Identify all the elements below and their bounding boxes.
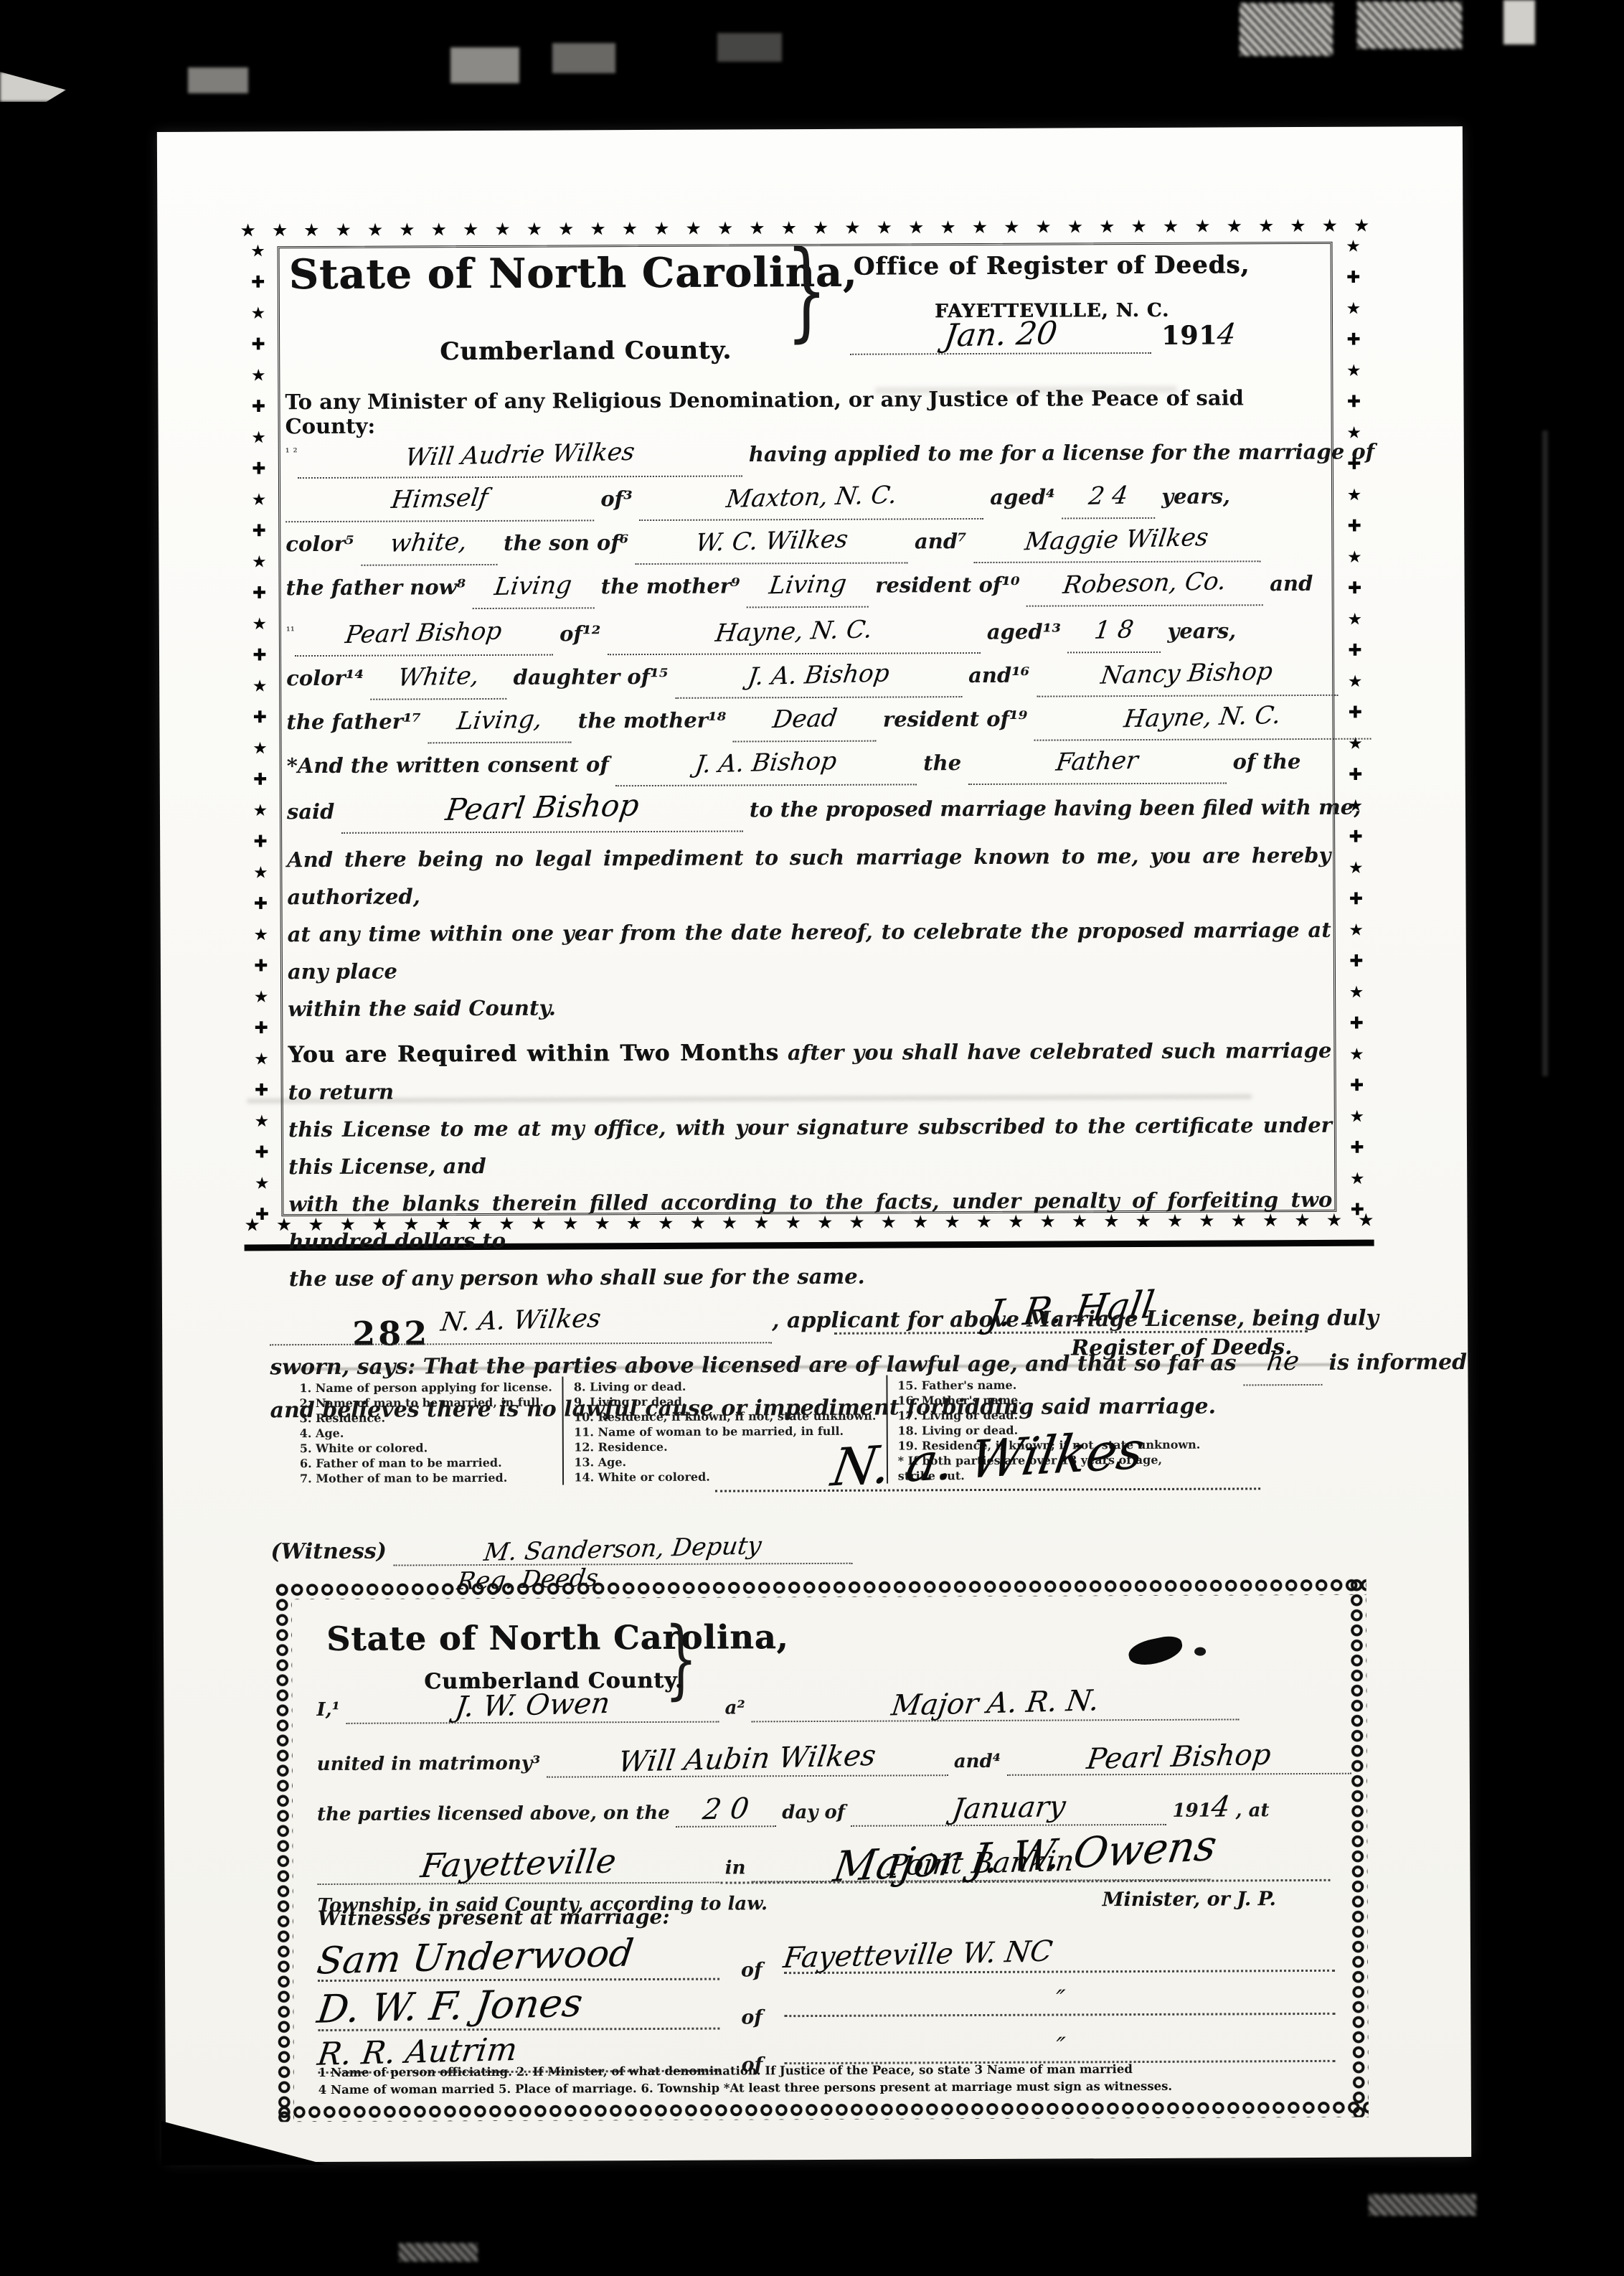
printed-text: years, xyxy=(1167,619,1236,643)
hw-bride-color: White, xyxy=(395,655,481,699)
hw-bride-name: Pearl Bishop xyxy=(343,611,504,657)
printed-text: is informed xyxy=(1329,1350,1468,1376)
handwritten-date: Jan. 20 xyxy=(942,315,1059,354)
fill-line-bride-parent-status: the father¹⁷ Living, the mother¹⁸ Dead r… xyxy=(286,696,1330,744)
hw-said-bride-name: Pearl Bishop xyxy=(443,785,641,832)
hw-marriage-year-digit: 4 xyxy=(1209,1790,1232,1824)
officiant-signature: Major J. W. Owens xyxy=(831,1820,1220,1891)
hw-consent-relation: Father xyxy=(1054,740,1141,784)
marriage-license-certificate: ★ ★ ★ ★ ★ ★ ★ ★ ★ ★ ★ ★ ★ ★ ★ ★ ★ ★ ★ ★ … xyxy=(240,213,1374,1251)
printed-text: of³ xyxy=(600,486,633,511)
certificate2-footnote-2: 4 Name of woman married 5. Place of marr… xyxy=(318,2077,1336,2098)
scan-artifact xyxy=(399,2243,478,2262)
document-page: ★ ★ ★ ★ ★ ★ ★ ★ ★ ★ ★ ★ ★ ★ ★ ★ ★ ★ ★ ★ … xyxy=(157,126,1471,2163)
fill-line-said: said Pearl Bishop to the proposed marria… xyxy=(287,784,1331,834)
printed-text: sworn, says: That the parties above lice… xyxy=(270,1350,1236,1380)
printed-text: the parties licensed above, on the xyxy=(317,1802,670,1825)
hw-bride-married-name: Pearl Bishop xyxy=(1085,1739,1273,1776)
printed-text: aged⁴ xyxy=(990,484,1055,509)
printed-text: years, xyxy=(1161,484,1230,508)
affidavit-line-1: N. A. Wilkes, applicant for above Marria… xyxy=(270,1297,1374,1346)
county-name: Cumberland County. xyxy=(440,336,732,366)
printed-text: aged¹³ xyxy=(987,619,1061,644)
printed-text: I,¹ xyxy=(316,1699,340,1721)
ornamental-border-left: ★ ✚ ★ ✚ ★ ✚ ★ ✚ ★ ✚ ★ ✚ ★ ✚ ★ ✚ ★ ✚ ★ ✚ … xyxy=(240,242,279,1222)
fill-line-bride: ¹¹Pearl Bishop of¹² Hayne, N. C. aged¹³ … xyxy=(286,606,1330,657)
hw-consent-name: J. A. Bishop xyxy=(693,740,840,786)
hw-bride-age: 1 8 xyxy=(1092,609,1136,652)
printed-text: And there being no legal impediment to s… xyxy=(287,843,1331,909)
hw-parents-residence: Robeson, Co. xyxy=(1061,560,1229,606)
printed-text: day of xyxy=(782,1802,845,1823)
printed-text: the xyxy=(923,751,961,775)
certificate2-title: State of North Carolina, xyxy=(326,1617,789,1658)
printed-text: color⁵ xyxy=(285,531,354,555)
hw-bride-mother: Nancy Bishop xyxy=(1098,651,1275,697)
hw-witness-place: Fayetteville W. NC xyxy=(781,1935,1054,1975)
fill-line-consent: *And the written consent of J. A. Bishop… xyxy=(287,740,1331,788)
printed-text: the father¹⁷ xyxy=(286,710,421,735)
applicant-affidavit: N. A. Wilkes, applicant for above Marria… xyxy=(270,1297,1376,1596)
handwritten-year-digit: 4 xyxy=(1215,318,1238,352)
officiant-caption: Minister, or J. P. xyxy=(1103,1888,1276,1911)
fill-line-bride-parents: color¹⁴ White, daughter of¹⁵ J. A. Bisho… xyxy=(286,652,1330,700)
printed-text: the mother⁹ xyxy=(601,573,740,598)
hw-bride-parents-residence: Hayne, N. C. xyxy=(1122,695,1284,740)
affidavit-line-2: sworn, says: That the parties above lice… xyxy=(270,1341,1374,1391)
scanned-marriage-license-page: { "cert1": { "title": "State of North Ca… xyxy=(0,0,1624,2276)
affidavit-signature-row: N. a. Wilkes xyxy=(270,1427,1376,1518)
hw-mother-name: Maggie Wilkes xyxy=(1022,517,1211,563)
applicant-signature: N. a. Wilkes xyxy=(827,1419,1148,1498)
hw-bride-mother-dead: Dead xyxy=(770,697,839,740)
hw-affidavit-applicant: N. A. Wilkes xyxy=(438,1298,603,1344)
printed-text: and⁷ xyxy=(915,529,967,553)
hw-deputy-signature: M. Sanderson, Deputy xyxy=(483,1531,764,1567)
printed-text: the father now⁸ xyxy=(286,575,466,600)
scan-artifact xyxy=(0,72,66,102)
printed-text: this License to me at my office, with yo… xyxy=(288,1113,1332,1179)
hw-groom-name: Himself xyxy=(389,476,491,520)
hw-marriage-place: Fayetteville xyxy=(418,1841,618,1885)
printed-text: *And the written consent of xyxy=(287,753,609,779)
printed-text: at any time within one year from the dat… xyxy=(288,918,1331,984)
printed-of: of xyxy=(741,1959,763,1981)
hw-groom-residence: Maxton, N. C. xyxy=(723,474,899,520)
printed-text: a² xyxy=(725,1697,745,1718)
printed-text: and⁴ xyxy=(954,1751,1001,1772)
hw-witness-name: Sam Underwood xyxy=(314,1932,636,1983)
printed-text: color¹⁴ xyxy=(286,666,364,690)
brace-glyph: } xyxy=(786,228,828,353)
ink-blot xyxy=(1194,1647,1206,1656)
ink-blot xyxy=(1126,1633,1184,1668)
printed-of: of xyxy=(741,2006,763,2028)
united-in-matrimony-line: united in matrimony³ Will Aubin Wilkes a… xyxy=(317,1740,1334,1779)
hw-witness-name: D. W. F. Jones xyxy=(314,1980,585,2032)
hw-marriage-day: 2 0 xyxy=(701,1792,751,1827)
scan-artifact xyxy=(552,43,615,73)
hw-marriage-month: January xyxy=(950,1790,1067,1826)
hw-ditto-mark: ″ xyxy=(1053,2032,1066,2061)
fill-line-applicant: ¹ ²Will Audrie Wilkes having applied to … xyxy=(285,427,1329,479)
chain-border-right xyxy=(1349,1578,1369,2117)
printed-lead-blackletter: You are Required within Two Months xyxy=(288,1040,779,1068)
issue-date-line: Jan. 20 1914 xyxy=(850,315,1236,354)
printed-text: with the blanks therein filled according… xyxy=(288,1188,1332,1254)
chain-border-bottom xyxy=(277,2100,1369,2122)
printed-text: and xyxy=(1270,571,1313,596)
affidavit-line-3: and believes there is no lawful cause or… xyxy=(270,1386,1374,1432)
printed-text: of¹² xyxy=(560,621,600,646)
hw-groom-age: 2 4 xyxy=(1086,474,1130,517)
printed-text: having applied to me for a license for t… xyxy=(749,439,1374,466)
office-line: Office of Register of Deeds, xyxy=(854,250,1250,281)
hw-officiant-title: Major A. R. N. xyxy=(889,1684,1100,1722)
printed-text: the mother¹⁸ xyxy=(578,708,727,733)
printed-text: resident of¹⁹ xyxy=(883,707,1028,732)
fill-line-groom-parent-status: the father now⁸ Living the mother⁹ Livin… xyxy=(285,562,1329,610)
printed-text: , applicant for above Marriage License, … xyxy=(772,1306,1379,1334)
scan-artifact xyxy=(717,33,782,62)
page-corner-shadow xyxy=(161,2120,326,2166)
scan-artifact xyxy=(1542,431,1548,1076)
printed-text: the son of⁶ xyxy=(504,530,629,555)
printed-text: and¹⁶ xyxy=(968,663,1030,687)
footnote-marker: ¹ ² xyxy=(285,446,298,459)
witnesses-label: Witnesses present at marriage: xyxy=(318,1905,670,1930)
fill-line-groom-residence: Himself of³ Maxton, N. C. aged⁴ 2 4 year… xyxy=(285,474,1329,522)
hw-bride-father: J. A. Bishop xyxy=(745,653,892,698)
authorization-paragraph: And there being no legal impediment to s… xyxy=(287,837,1331,1028)
printed-text: the use of any person who shall sue for … xyxy=(289,1264,865,1292)
hw-father-name: W. C. Wilkes xyxy=(693,518,851,563)
marriage-return-certificate: State of North Carolina, } Cumberland Co… xyxy=(275,1578,1369,2122)
hw-bride-residence: Hayne, N. C. xyxy=(713,609,875,655)
officiant-line: I,¹ J. W. Owen a² Major A. R. N. xyxy=(316,1685,1333,1724)
footnote-marker: ¹¹ xyxy=(286,624,295,637)
hw-bride-father-living: Living, xyxy=(454,699,544,743)
hw-applicant-name: Will Audrie Wilkes xyxy=(402,431,637,478)
printed-text: within the said County. xyxy=(288,996,556,1022)
scan-artifact xyxy=(450,47,519,83)
printed-text: , at xyxy=(1235,1800,1269,1821)
hw-officiant-name: J. W. Owen xyxy=(453,1687,612,1724)
hw-groom-married-name: Will Aubin Wilkes xyxy=(616,1739,878,1779)
hw-mother-living: Living xyxy=(766,563,849,606)
salutation: To any Minister of any Religious Denomin… xyxy=(285,385,1328,431)
return-requirement-paragraph: You are Required within Two Months after… xyxy=(288,1032,1333,1297)
scan-artifact xyxy=(188,67,248,93)
certificate-title: State of North Carolina, xyxy=(289,248,858,298)
printed-text: said xyxy=(287,799,335,824)
printed-year: 191 xyxy=(1172,1800,1211,1822)
chain-border-left xyxy=(275,1582,294,2122)
printed-text: united in matrimony³ xyxy=(317,1753,541,1775)
printed-text: resident of¹⁰ xyxy=(875,572,1020,597)
hw-ditto-mark: ″ xyxy=(1053,1985,1066,2013)
printed-text: and believes there is no lawful cause or… xyxy=(270,1394,1217,1424)
scan-artifact xyxy=(1240,3,1333,56)
printed-text: daughter of¹⁵ xyxy=(514,664,669,690)
witness-label: (Witness) xyxy=(270,1539,387,1565)
fill-line-groom-parents: color⁵ white, the son of⁶ W. C. Wilkes a… xyxy=(285,518,1329,566)
hw-informed-pronoun: he xyxy=(1264,1341,1301,1383)
printed-text: to the proposed marriage having been fil… xyxy=(750,795,1361,822)
scan-artifact xyxy=(1357,1,1462,49)
hw-groom-color: white, xyxy=(388,521,471,565)
printed-text: of the xyxy=(1233,749,1301,773)
hw-father-living: Living xyxy=(492,564,575,608)
scan-artifact xyxy=(1503,0,1535,44)
scan-artifact xyxy=(1369,2194,1476,2216)
printed-year: 191 xyxy=(1161,321,1217,351)
